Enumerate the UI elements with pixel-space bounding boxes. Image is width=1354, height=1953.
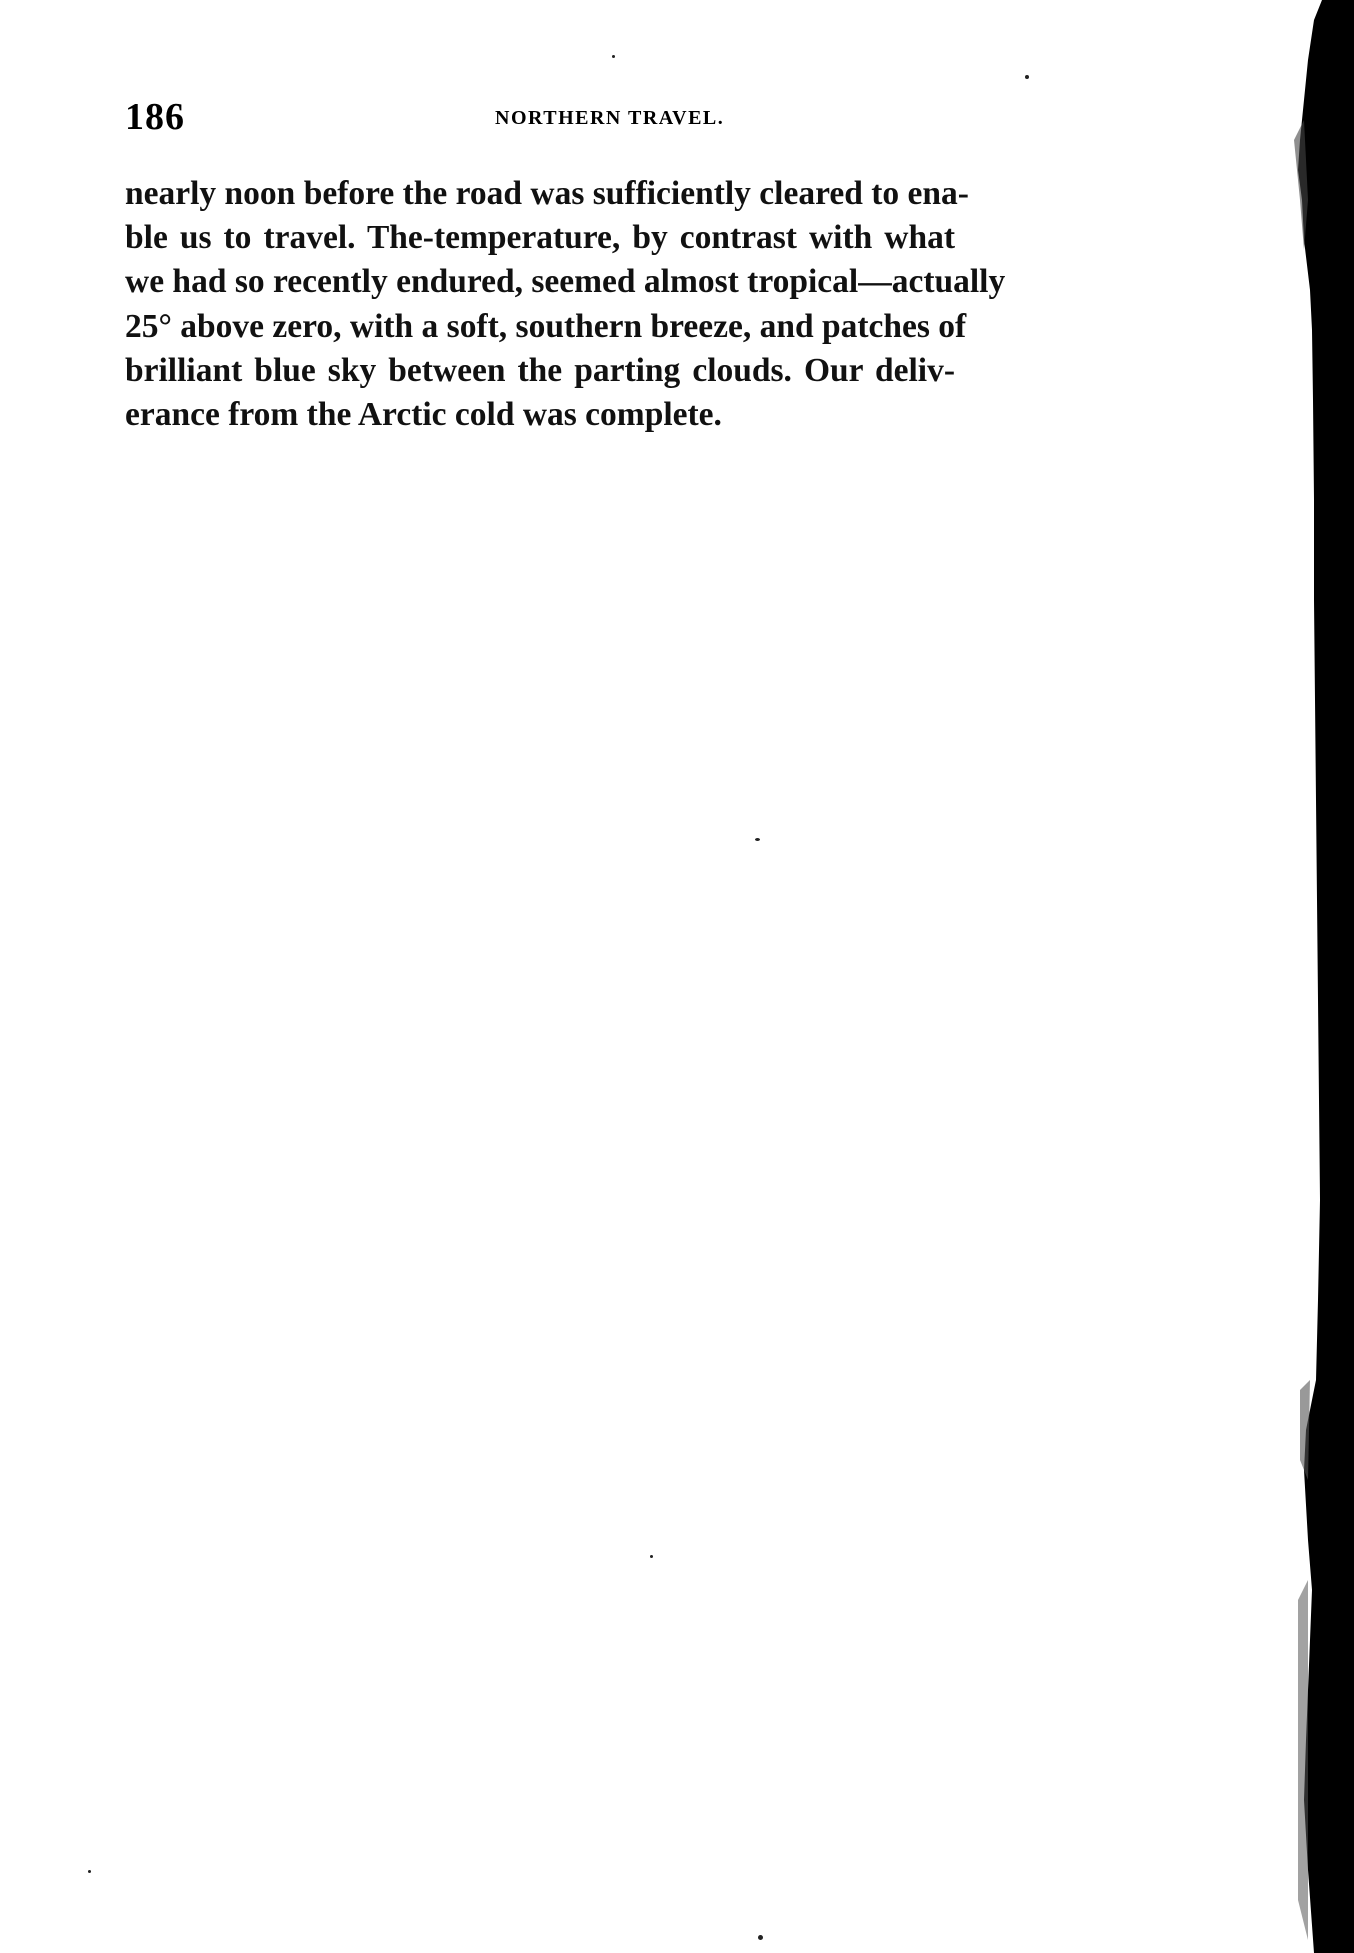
text-line: we had so recently endured, seemed almos… [125, 260, 955, 304]
running-title: NORTHERN TRAVEL. [495, 107, 724, 130]
scan-speck [612, 55, 615, 58]
scan-speck [1025, 75, 1029, 79]
scan-speck [88, 1870, 91, 1873]
text-line: ble us to travel. The-temperature, by co… [125, 216, 955, 260]
body-paragraph: nearly noon before the road was sufficie… [125, 172, 955, 437]
book-page: 186 NORTHERN TRAVEL. nearly noon before … [0, 0, 1354, 1953]
scan-speck [650, 1555, 653, 1558]
text-line: 25° above zero, with a soft, southern br… [125, 305, 955, 349]
scan-speck [758, 1935, 763, 1940]
text-line: nearly noon before the road was sufficie… [125, 172, 955, 216]
text-line: erance from the Arctic cold was complete… [125, 393, 955, 437]
running-head: 186 NORTHERN TRAVEL. [125, 95, 955, 145]
binding-shadow-edge [1294, 0, 1354, 1953]
text-line: brilliant blue sky between the parting c… [125, 349, 955, 393]
scan-speck [755, 838, 760, 841]
page-number: 186 [125, 95, 185, 139]
show-through-texture [360, 560, 562, 592]
